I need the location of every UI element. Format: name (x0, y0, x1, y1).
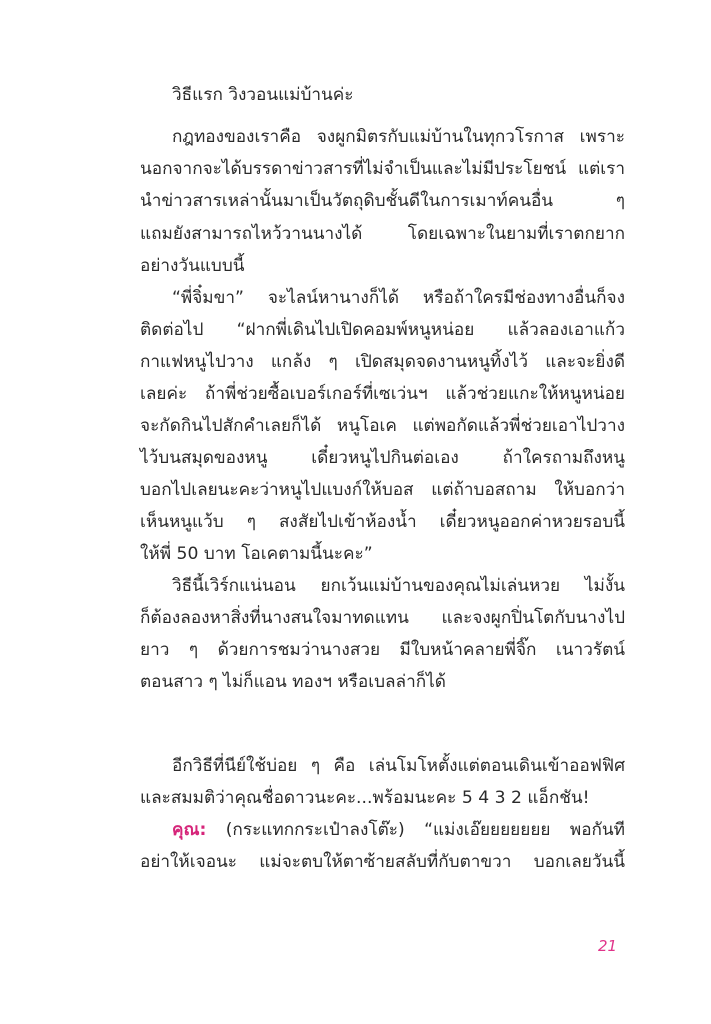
dialogue-line: คุณ: (กระแทกกระเป๋าลงโต๊ะ) “แม่งเอ๊ยยยยย… (172, 814, 625, 846)
paragraph-line: “พี่จิ๋มขา” จะไลน์หานางก็ได้ หรือถ้าใครม… (172, 282, 625, 314)
paragraph-line: และสมมติว่าคุณชื่อดาวนะคะ...พร้อมนะคะ 5 … (140, 782, 625, 814)
paragraph-line: นอกจากจะได้บรรดาข่าวสารที่ไม่จำเป็นและไม… (140, 153, 625, 185)
paragraph-line: กาแฟหนูไปวาง แกล้ง ๆ เปิดสมุดจดงานหนูทิ้… (140, 346, 625, 378)
paragraph-line: เลยค่ะ ถ้าพี่ช่วยซื้อเบอร์เกอร์ที่เซเว่น… (140, 378, 625, 410)
dialogue-text: (กระแทกกระเป๋าลงโต๊ะ) “แม่งเอ๊ยยยยยยย พอ… (206, 820, 625, 840)
paragraph-line: ติดต่อไป “ฝากพี่เดินไปเปิดคอมพ์หนูหน่อย … (140, 314, 625, 346)
paragraph-line: ให้พี่ 50 บาท โอเคตามนี้นะคะ” (140, 538, 625, 570)
paragraph-line: ไว้บนสมุดของหนู เดี๋ยวหนูไปกินต่อเอง ถ้า… (140, 442, 625, 474)
paragraph-line: ตอนสาว ๆ ไม่ก็แอน ทองฯ หรือเบลล่าก็ได้ (140, 666, 625, 698)
speaker-label: คุณ: (172, 820, 206, 840)
paragraph-line: วิธีนี้เวิร์กแน่นอน ยกเว้นแม่บ้านของคุณไ… (172, 570, 625, 602)
book-page: วิธีแรก วิงวอนแม่บ้านค่ะ กฎทองของเราคือ … (0, 0, 711, 1024)
paragraph-line: ก็ต้องลองหาสิ่งที่นางสนใจมาทดแทน และจงผู… (140, 602, 625, 634)
paragraph-line: ยาว ๆ ด้วยการชมว่านางสวย มีใบหน้าคลายพี่… (140, 634, 625, 666)
section-heading: วิธีแรก วิงวอนแม่บ้านค่ะ (172, 79, 625, 111)
paragraph-line: อย่าให้เจอนะ แม่จะตบให้ตาซ้ายสลับที่กับต… (140, 846, 625, 878)
paragraph-line: อย่างวันแบบนี้ (140, 250, 625, 282)
paragraph-line: เห็นหนูแว้บ ๆ สงสัยไปเข้าห้องน้ำ เดี๋ยวห… (140, 506, 625, 538)
paragraph-line: บอกไปเลยนะคะว่าหนูไปแบงก์ให้บอส แต่ถ้าบอ… (140, 474, 625, 506)
paragraph-line: แถมยังสามารถไหว้วานนางได้ โดยเฉพาะในยามท… (140, 218, 625, 250)
paragraph-line: อีกวิธีที่นีย์ใช้บ่อย ๆ คือ เล่นโมโหตั้ง… (172, 750, 625, 782)
paragraph-line: กฎทองของเราคือ จงผูกมิตรกับแม่บ้านในทุกว… (172, 121, 625, 153)
page-number: 21 (598, 936, 617, 956)
paragraph-line: จะกัดกินไปสักคำเลยก็ได้ หนูโอเค แต่พอกัด… (140, 410, 625, 442)
paragraph-line: นำข่าวสารเหล่านั้นมาเป็นวัตถุดิบชั้นดีใน… (140, 185, 625, 217)
